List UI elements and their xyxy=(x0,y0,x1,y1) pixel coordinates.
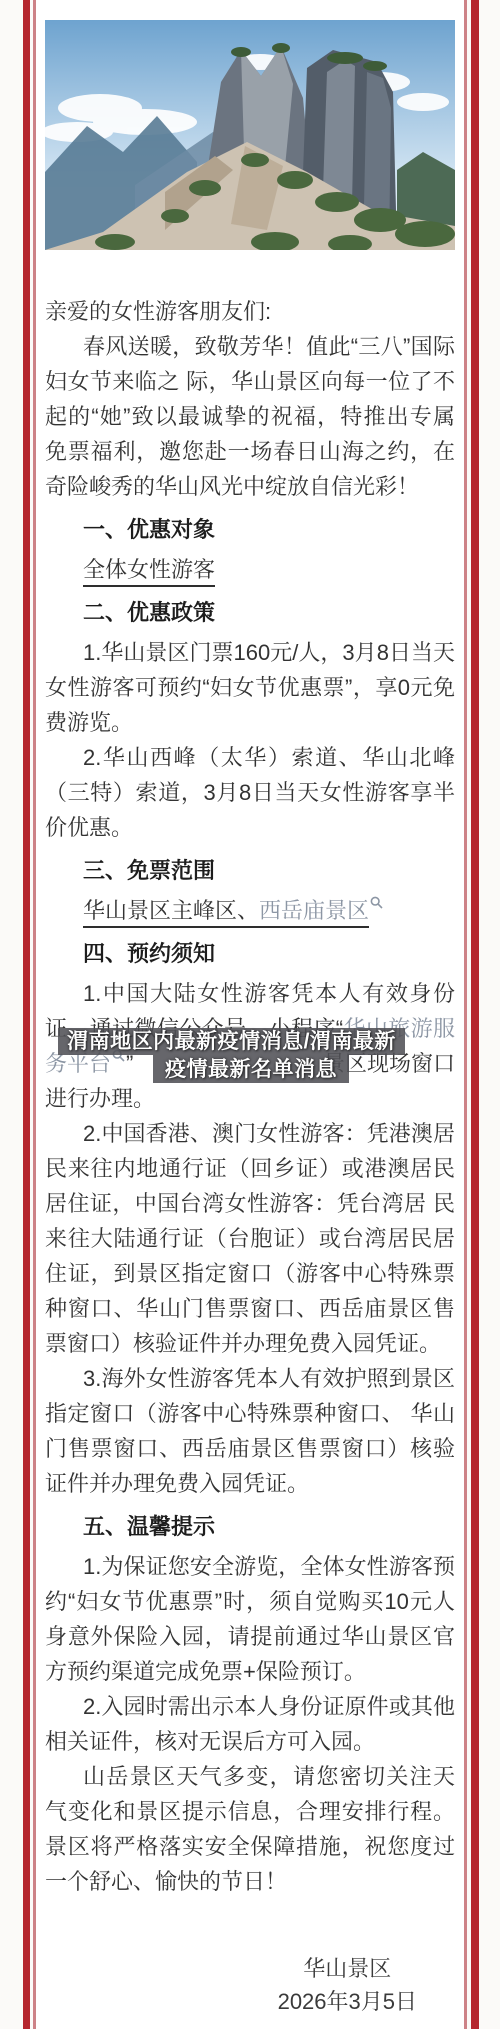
section4-heading: 四、预约须知 xyxy=(83,936,455,971)
notice1-line1: 1.中国大陆女性游客凭本人有效身份 xyxy=(45,976,455,1011)
closing-paragraph: 山岳景区天气多变，请您密切关注天气变化和景区提示信息，合理安排行程。景区将严格落… xyxy=(45,1759,455,1899)
announcement-text: 亲爱的女性游客朋友们: 春风送暖，致敬芳华！值此“三八”国际妇女节来临之 际，华… xyxy=(45,294,455,1899)
notice-item-1: 1.中国大陆女性游客凭本人有效身份 证，通过微信公众号、小程序“华山旅游服 务平… xyxy=(45,976,455,1116)
announcement-body: 亲爱的女性游客朋友们: 春风送暖，致敬芳华！值此“三八”国际妇女节来临之 际，华… xyxy=(36,0,464,2029)
signature-block: 华山景区 2026年3月5日 xyxy=(278,1952,417,2018)
xiyuemiao-link[interactable]: 西岳庙景区 xyxy=(259,898,369,923)
salutation: 亲爱的女性游客朋友们: xyxy=(45,294,455,329)
notice-item-3: 3.海外女性游客凭本人有效护照到景区指定窗口（游客中心特殊票种窗口、 华山门售票… xyxy=(45,1361,455,1501)
free-scope-underlined: 华山景区主峰区、西岳庙景区 xyxy=(83,898,369,928)
announcement-page: { "page": { "bg_color": "#fbfaf8", "fram… xyxy=(0,0,500,2029)
frame-right-outer-line xyxy=(471,0,479,2029)
signature-name: 华山景区 xyxy=(278,1952,417,1985)
frame-right-inner-line xyxy=(464,0,467,2029)
frame-left-outer-line xyxy=(23,0,30,2029)
section5-heading: 五、温馨提示 xyxy=(83,1509,455,1544)
free-scope-line: 华山景区主峰区、西岳庙景区 xyxy=(83,893,455,928)
caption-overlay-line2: 疫情最新名单消息 xyxy=(153,1055,349,1083)
tip-item-1: 1.为保证您安全游览，全体女性游客预约“妇女节优惠票”时，须自觉购买10元人身意… xyxy=(45,1549,455,1689)
audience-underlined-text: 全体女性游客 xyxy=(83,557,215,587)
policy-item-1: 1.华山景区门票160元/人，3月8日当天女性游客可预约“妇女节优惠票”，享0元… xyxy=(45,635,455,740)
section1-heading: 一、优惠对象 xyxy=(83,512,455,547)
notice-item-2: 2.中国香港、澳门女性游客：凭港澳居民来往内地通行证（回乡证）或港澳居民居住证，… xyxy=(45,1116,455,1361)
scope-plain-text: 华山景区主峰区、 xyxy=(83,898,259,923)
audience-line: 全体女性游客 xyxy=(83,552,455,587)
tip-item-2: 2.入园时需出示本人身份证原件或其他相关证件，核对无误后方可入园。 xyxy=(45,1689,455,1759)
huashan-photo xyxy=(45,20,455,250)
intro-paragraph: 春风送暖，致敬芳华！值此“三八”国际妇女节来临之 际，华山景区向每一位了不起的“… xyxy=(45,329,455,504)
section3-heading: 三、免票范围 xyxy=(83,853,455,888)
signature-date: 2026年3月5日 xyxy=(278,1985,417,2018)
search-icon[interactable] xyxy=(370,896,383,909)
policy-item-2: 2.华山西峰（太华）索道、华山北峰（三特）索道，3月8日当天女性游客享半价优惠。 xyxy=(45,740,455,845)
section2-heading: 二、优惠政策 xyxy=(83,595,455,630)
